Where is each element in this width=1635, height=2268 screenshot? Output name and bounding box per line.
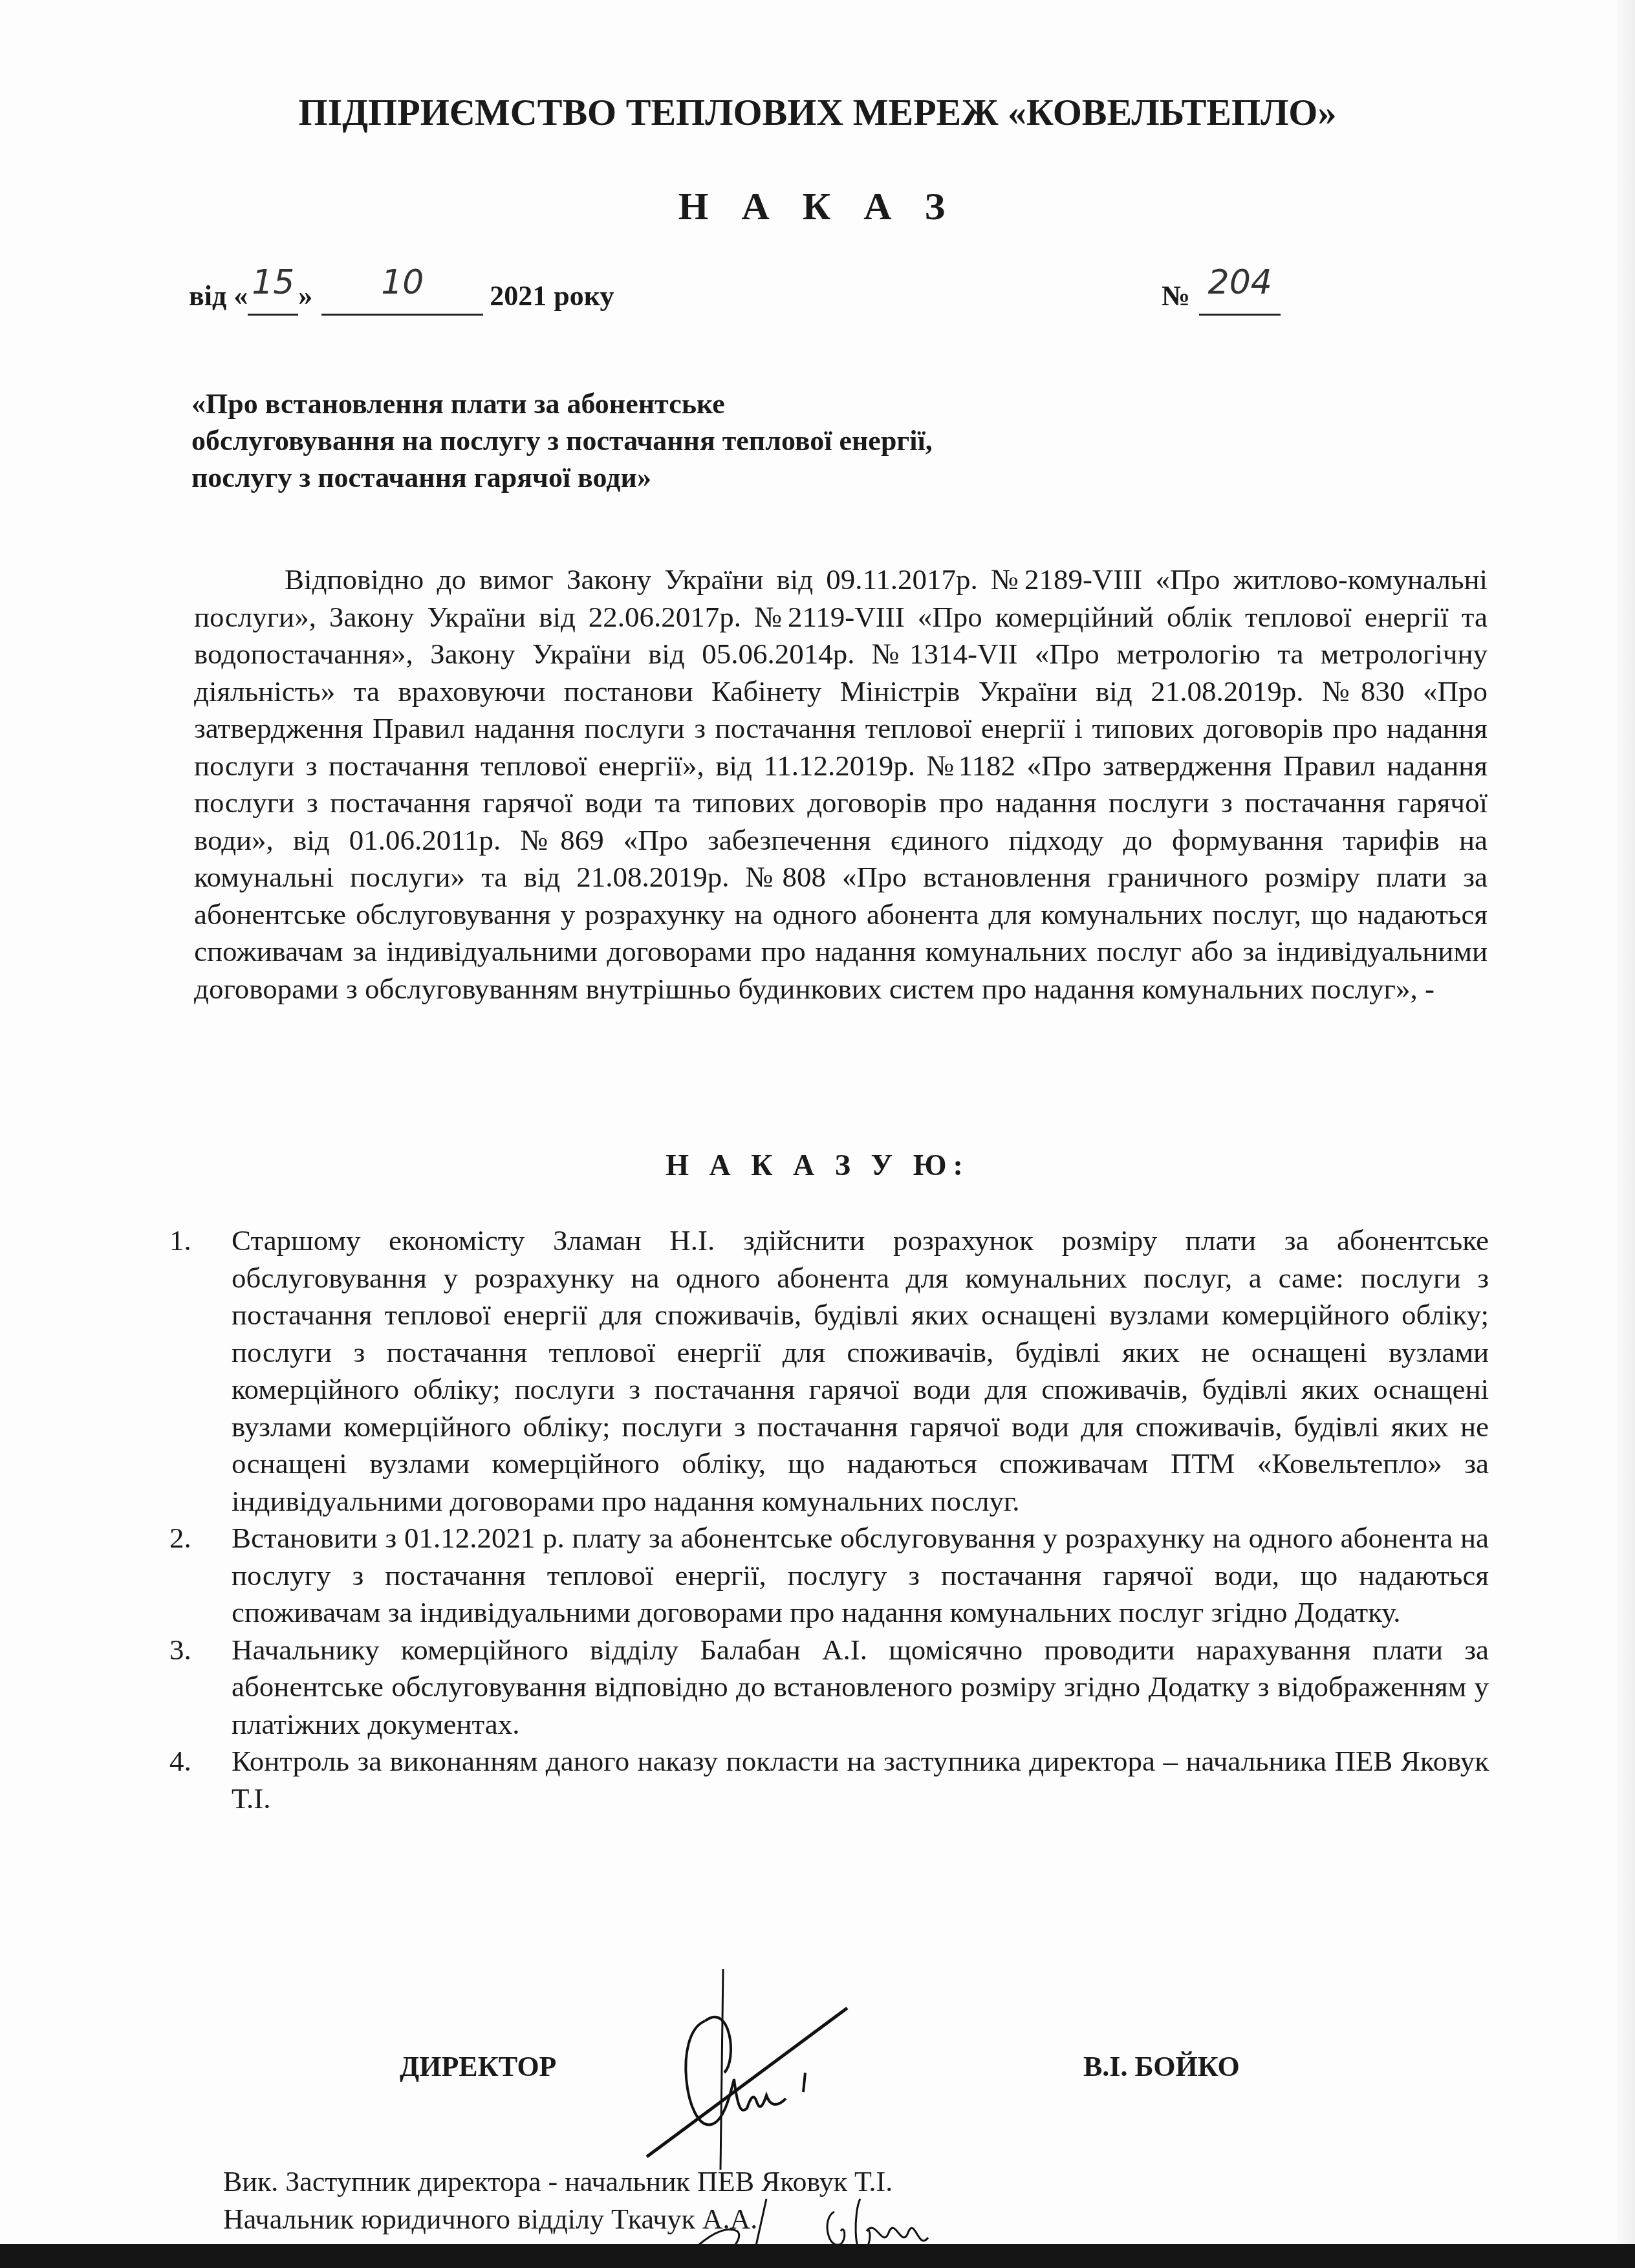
order-item: 3. Начальнику комерційного відділу Балаб… xyxy=(169,1632,1489,1744)
order-number: №204 xyxy=(1162,275,1281,316)
date-year: 2021 року xyxy=(490,280,614,312)
order-item: 2. Встановити з 01.12.2021 р. плату за а… xyxy=(169,1520,1489,1632)
signature-block: ДИРЕКТОР В.І. БОЙКО xyxy=(0,2031,1635,2102)
date-day-value: 15 xyxy=(252,263,294,302)
signatory-role: ДИРЕКТОР xyxy=(400,2050,557,2083)
date-close-quote: » xyxy=(298,280,312,312)
item-text: Встановити з 01.12.2021 р. плату за абон… xyxy=(232,1522,1489,1628)
item-number: 4. xyxy=(169,1743,191,1780)
order-items: 1. Старшому економісту Зламан Н.І. здійс… xyxy=(169,1222,1489,1817)
item-number: 2. xyxy=(169,1520,191,1557)
item-text: Старшому економісту Зламан Н.І. здійснит… xyxy=(232,1224,1489,1517)
subject-line: послугу з постачання гарячої води» xyxy=(191,459,1162,496)
preamble-paragraph: Відповідно до вимог Закону України від 0… xyxy=(194,561,1488,1008)
number-value: 204 xyxy=(1208,263,1272,302)
date-month-value: 10 xyxy=(381,263,424,302)
order-item: 4. Контроль за виконанням даного наказу … xyxy=(169,1743,1489,1817)
date-month-field: 10 xyxy=(321,275,483,316)
item-number: 3. xyxy=(169,1632,191,1669)
order-heading: Н А К А З У Ю: xyxy=(0,1148,1635,1182)
date-prefix: від « xyxy=(189,280,248,312)
item-text: Контроль за виконанням даного наказу пок… xyxy=(232,1745,1489,1815)
signatory-name: В.І. БОЙКО xyxy=(1083,2050,1240,2083)
scan-edge xyxy=(1617,0,1635,2244)
order-subject: «Про встановлення плати за абонентське о… xyxy=(191,385,1162,496)
date-day-field: 15 xyxy=(248,275,298,316)
organization-title: ПІДПРИЄМСТВО ТЕПЛОВИХ МЕРЕЖ «КОВЕЛЬТЕПЛО… xyxy=(0,91,1635,134)
number-field: 204 xyxy=(1199,275,1281,316)
document-page: ПІДПРИЄМСТВО ТЕПЛОВИХ МЕРЕЖ «КОВЕЛЬТЕПЛО… xyxy=(0,0,1635,2244)
scan-bottom-edge xyxy=(0,2244,1635,2268)
order-item: 1. Старшому економісту Зламан Н.І. здійс… xyxy=(169,1222,1489,1520)
document-type-title: Н А К А З xyxy=(0,184,1635,229)
item-number: 1. xyxy=(169,1222,191,1260)
order-date: від «15»102021 року xyxy=(189,275,614,316)
item-text: Начальнику комерційного відділу Балабан … xyxy=(232,1634,1489,1740)
number-label: № xyxy=(1162,280,1190,312)
handwritten-signature-icon xyxy=(634,1963,867,2196)
subject-line: обслуговування на послугу з постачання т… xyxy=(191,422,1162,459)
subject-line: «Про встановлення плати за абонентське xyxy=(191,385,1162,422)
